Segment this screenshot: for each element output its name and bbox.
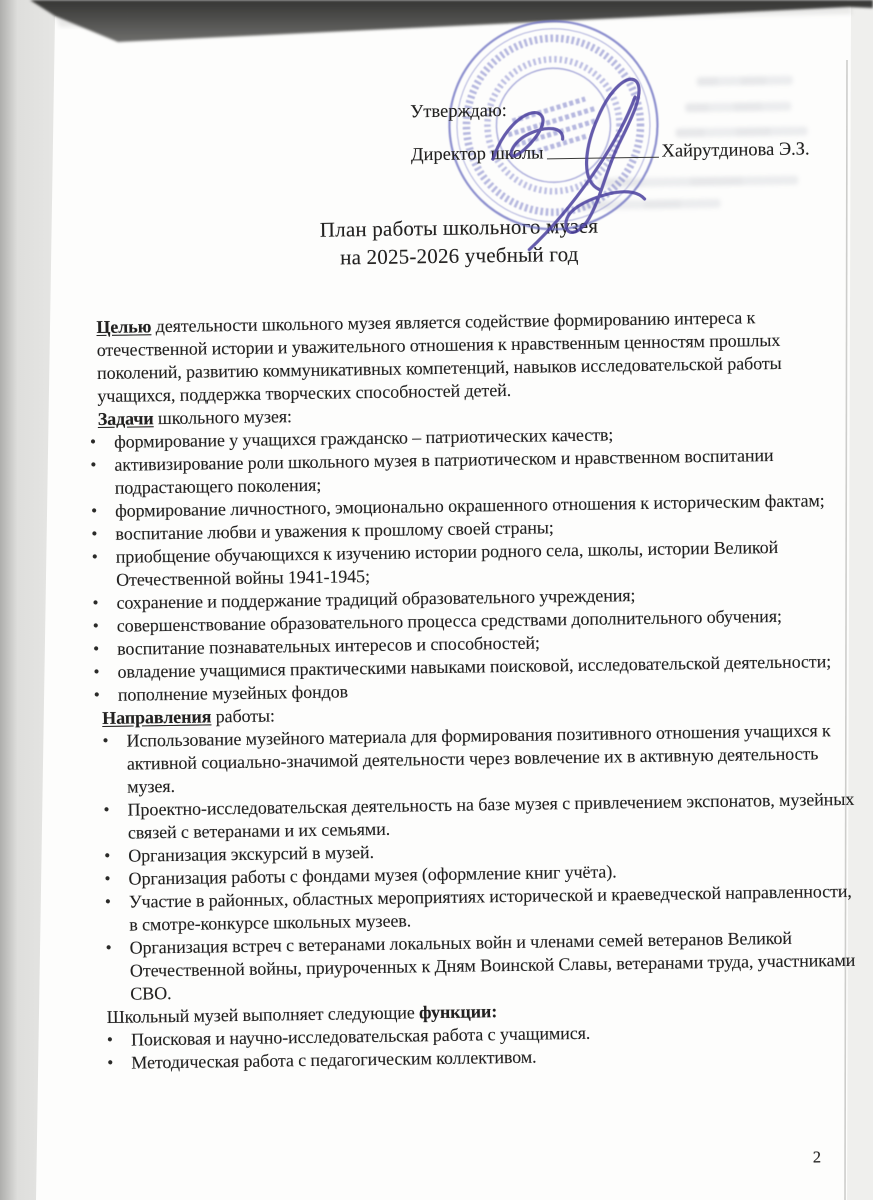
tasks-heading-rest: школьного музея: [153,406,292,428]
goal-lead: Целью [96,316,151,337]
directions-heading-rest: работы: [211,705,275,726]
scanned-document-page: Утверждаю: Директор школыХайрутдинова Э.… [0,0,873,1200]
directions-list: Использование музейного материала для фо… [102,719,862,1006]
document-body: Целью деятельности школьного музея являе… [96,305,863,1075]
tasks-lead: Задачи [98,408,154,429]
functions-list: Поисковая и научно-исследовательская раб… [107,1018,864,1075]
page-number: 2 [813,1147,822,1167]
directions-lead: Направления [102,706,211,728]
direction-item: Использование музейного материала для фо… [102,719,859,799]
director-name: Хайрутдинова Э.З. [661,139,809,161]
goal-paragraph: Целью деятельности школьного музея являе… [96,305,853,408]
goal-text: деятельности школьного музея является со… [97,307,782,406]
direction-item: Организация встреч с ветеранами локальны… [105,926,862,1006]
functions-intro-bold: функции: [419,1001,497,1022]
tasks-list: формирование у учащихся гражданско – пат… [98,420,858,707]
page-content: Утверждаю: Директор школыХайрутдинова Э.… [0,0,873,1200]
bleedthrough-text-mark [697,76,793,86]
functions-intro-text: Школьный музей выполняет следующие [106,1002,419,1027]
director-signature [466,51,679,264]
